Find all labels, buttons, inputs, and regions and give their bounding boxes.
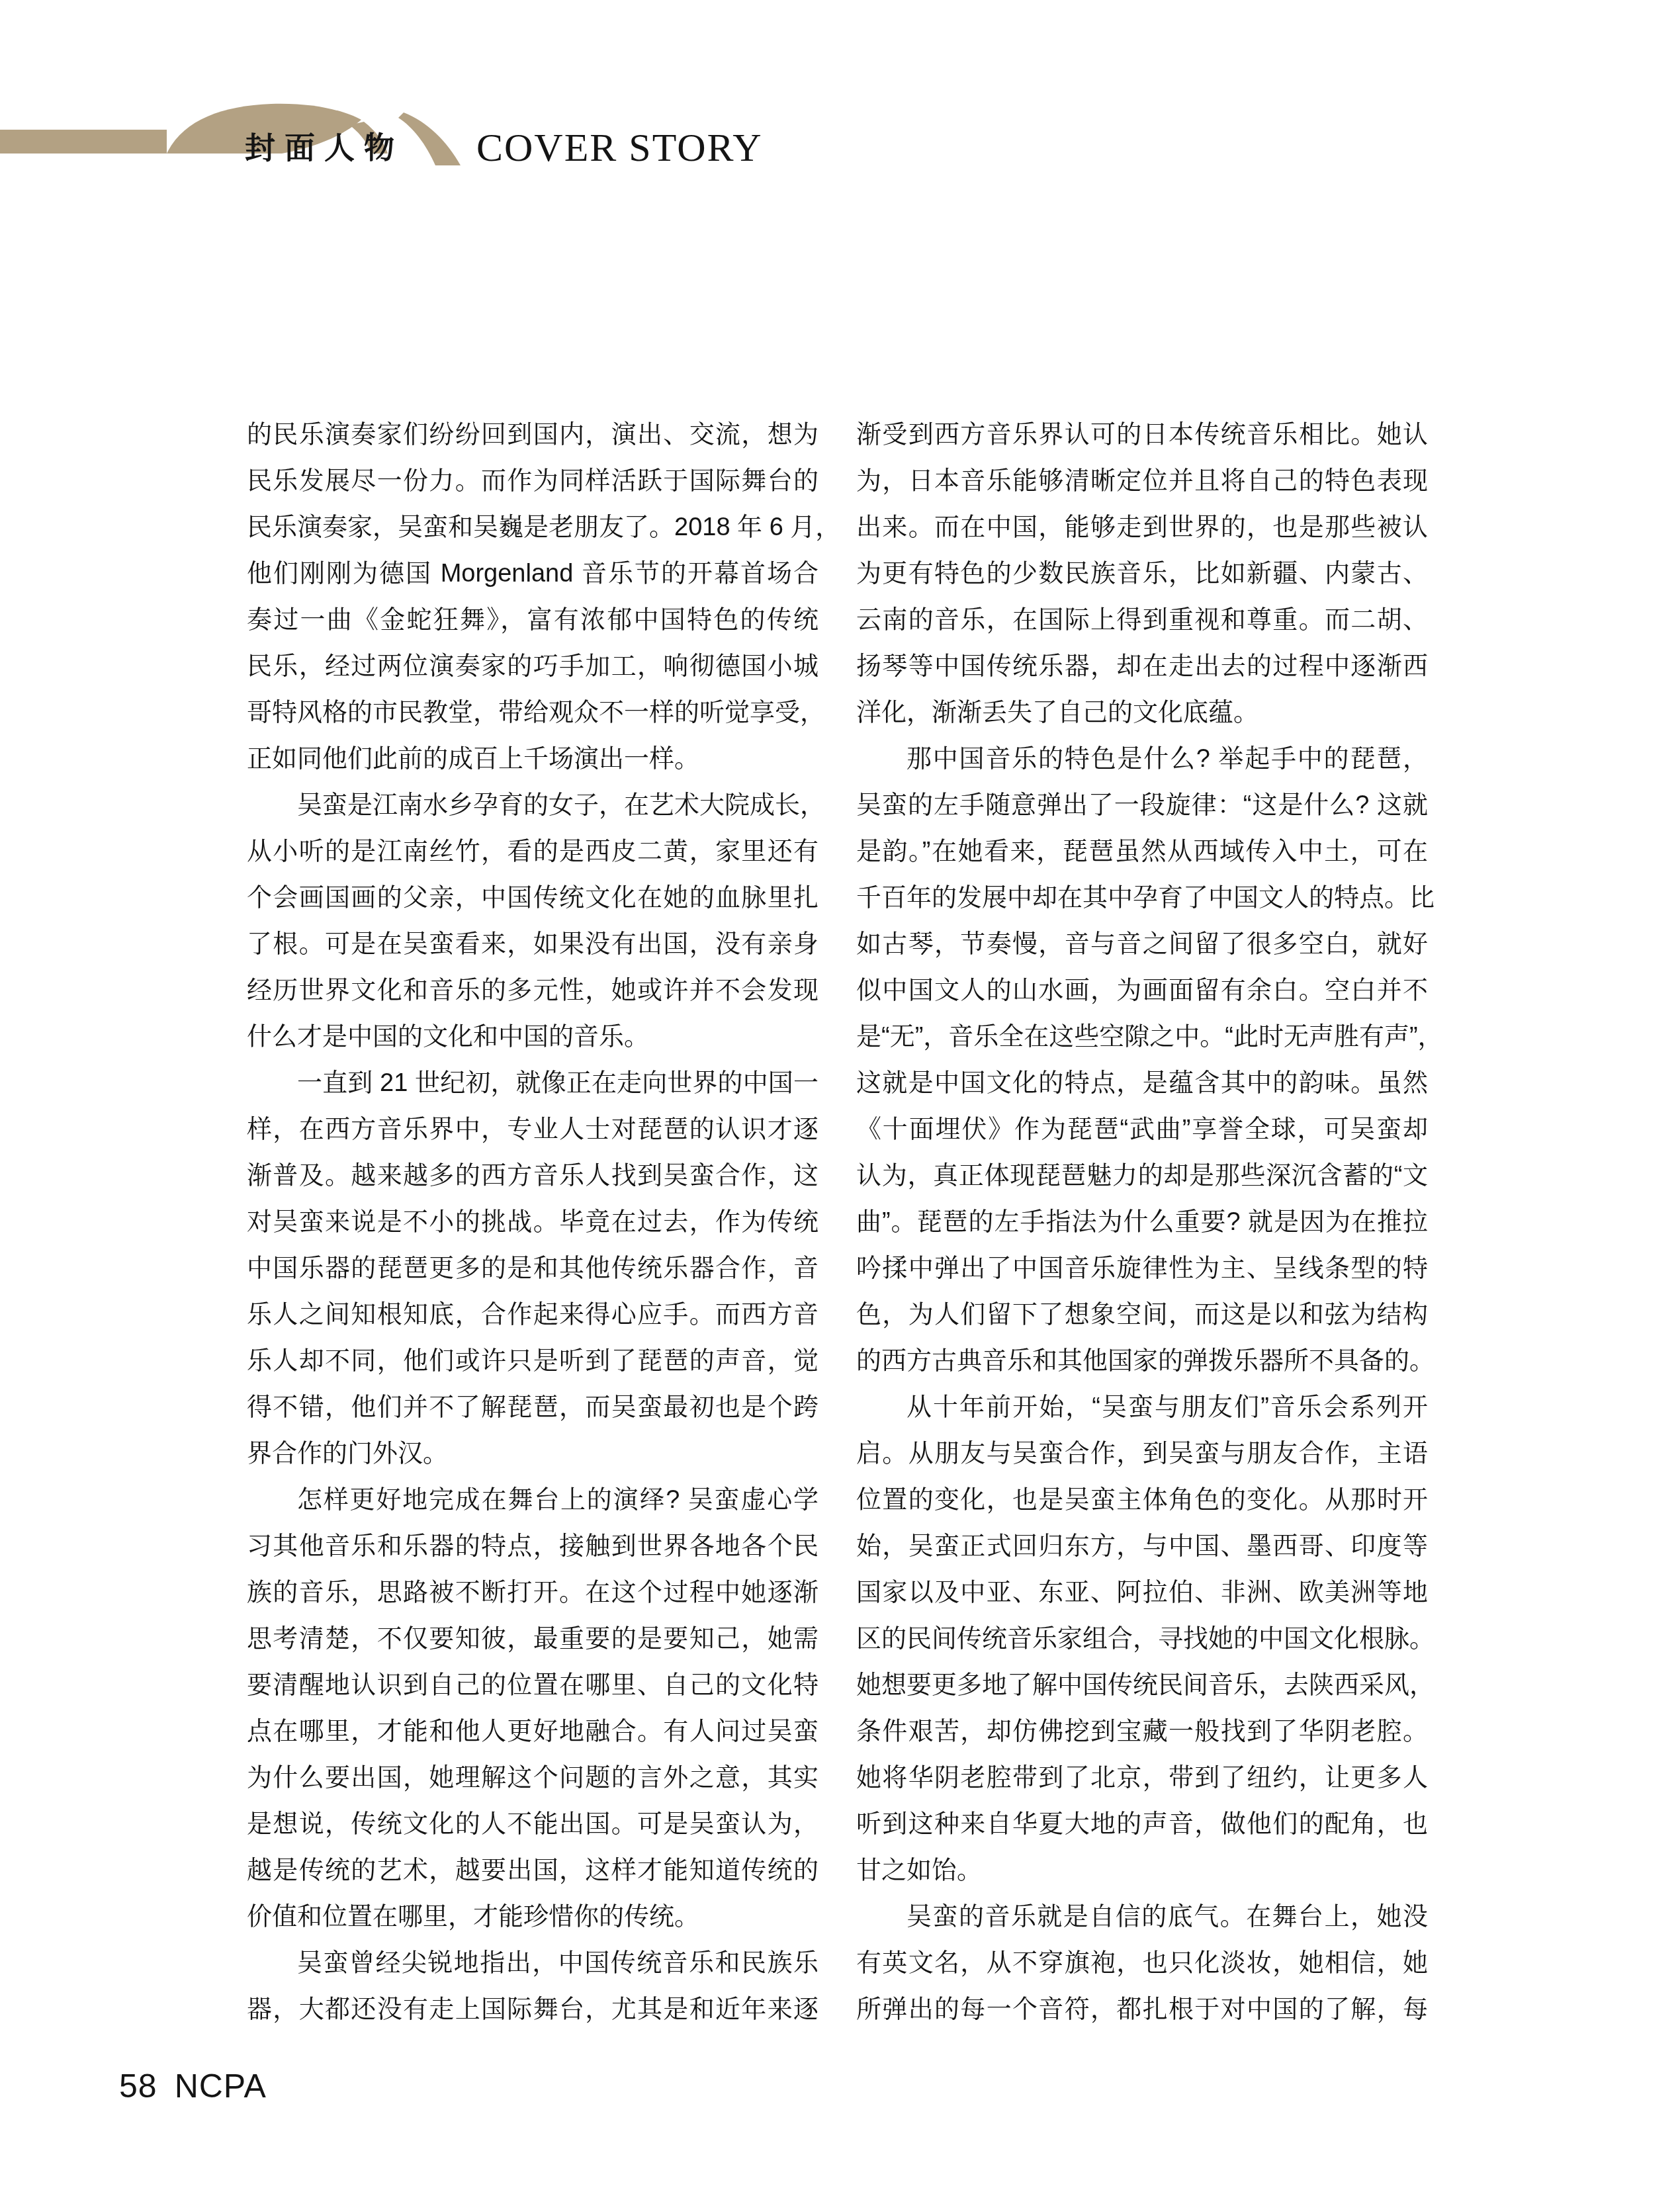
section-title-english: COVER STORY: [476, 128, 763, 167]
article-column-left: 的民乐演奏家们纷纷回到国内，演出、交流，想为民乐发展尽一份力。而作为同样活跃于国…: [247, 412, 818, 2033]
text-line: 吴蛮是江南水乡孕育的女子，在艺术大院成长，: [247, 782, 818, 828]
header-accent-band: [0, 130, 167, 153]
text-line: 得不错，他们并不了解琵琶，而吴蛮最初也是个跨: [247, 1384, 818, 1430]
page-number: 58: [119, 2067, 157, 2105]
text-line: 价值和位置在哪里，才能珍惜你的传统。: [247, 1894, 818, 1940]
text-line: 民乐发展尽一份力。而作为同样活跃于国际舞台的: [247, 458, 818, 504]
text-line: 启。从朋友与吴蛮合作，到吴蛮与朋友合作，主语: [856, 1430, 1428, 1477]
text-line: 吴蛮的左手随意弹出了一段旋律：“这是什么? 这就: [856, 782, 1428, 828]
text-line: 中国乐器的琵琶更多的是和其他传统乐器合作，音: [247, 1245, 818, 1291]
text-line: 区的民间传统音乐家组合，寻找她的中国文化根脉。: [856, 1616, 1428, 1662]
text-line: 千百年的发展中却在其中孕育了中国文人的特点。比: [856, 875, 1428, 921]
text-line: 对吴蛮来说是不小的挑战。毕竟在过去，作为传统: [247, 1199, 818, 1245]
header-crescent-swoosh: [398, 105, 464, 165]
text-line: 点在哪里，才能和他人更好地融合。有人问过吴蛮: [247, 1708, 818, 1755]
text-line: 一直到 21 世纪初，就像正在走向世界的中国一: [247, 1060, 818, 1106]
text-line: 云南的音乐，在国际上得到重视和尊重。而二胡、: [856, 597, 1428, 643]
text-line: 《十面埋伏》作为琵琶“武曲”享誉全球，可吴蛮却: [856, 1106, 1428, 1153]
text-line: 这就是中国文化的特点，是蕴含其中的韵味。虽然: [856, 1060, 1428, 1106]
text-line: 为什么要出国，她理解这个问题的言外之意，其实: [247, 1755, 818, 1801]
article-column-right: 渐受到西方音乐界认可的日本传统音乐相比。她认为，日本音乐能够清晰定位并且将自己的…: [856, 412, 1428, 2033]
text-line: 奏过一曲《金蛇狂舞》，富有浓郁中国特色的传统: [247, 597, 818, 643]
text-line: 乐人却不同，他们或许只是听到了琵琶的声音，觉: [247, 1338, 818, 1384]
text-line: 族的音乐，思路被不断打开。在这个过程中她逐渐: [247, 1569, 818, 1616]
text-line: 的民乐演奏家们纷纷回到国内，演出、交流，想为: [247, 412, 818, 458]
text-line: 如古琴，节奏慢，音与音之间留了很多空白，就好: [856, 921, 1428, 967]
text-line: 出来。而在中国，能够走到世界的，也是那些被认: [856, 504, 1428, 550]
text-line: 要清醒地认识到自己的位置在哪里、自己的文化特: [247, 1662, 818, 1708]
text-line: 越是传统的艺术，越要出国，这样才能知道传统的: [247, 1847, 818, 1894]
text-line: 她想要更多地了解中国传统民间音乐，去陕西采风，: [856, 1662, 1428, 1708]
magazine-page: 封面人物 COVER STORY 的民乐演奏家们纷纷回到国内，演出、交流，想为民…: [0, 0, 1680, 2188]
text-line: 从十年前开始，“吴蛮与朋友们”音乐会系列开: [856, 1384, 1428, 1430]
text-line: 习其他音乐和乐器的特点，接触到世界各地各个民: [247, 1523, 818, 1569]
text-line: 曲”。琵琶的左手指法为什么重要? 就是因为在推拉: [856, 1199, 1428, 1245]
page-footer: 58 NCPA: [119, 2067, 267, 2105]
text-line: 甘之如饴。: [856, 1847, 1428, 1894]
text-line: 他们刚刚为德国 Morgenland 音乐节的开幕首场合: [247, 550, 818, 597]
text-line: 经历世界文化和音乐的多元性，她或许并不会发现: [247, 967, 818, 1014]
section-title-chinese: 封面人物: [245, 130, 404, 165]
text-line: 吴蛮的音乐就是自信的底气。在舞台上，她没: [856, 1894, 1428, 1940]
text-line: 洋化，渐渐丢失了自己的文化底蕴。: [856, 689, 1428, 736]
article-body: 的民乐演奏家们纷纷回到国内，演出、交流，想为民乐发展尽一份力。而作为同样活跃于国…: [247, 412, 1428, 2033]
text-line: 从小听的是江南丝竹，看的是西皮二黄，家里还有: [247, 828, 818, 875]
text-line: 认为，真正体现琵琶魅力的却是那些深沉含蓄的“文: [856, 1153, 1428, 1199]
text-line: 样，在西方音乐界中，专业人士对琵琶的认识才逐: [247, 1106, 818, 1153]
text-line: 有英文名，从不穿旗袍，也只化淡妆，她相信，她: [856, 1940, 1428, 1986]
text-line: 国家以及中亚、东亚、阿拉伯、非洲、欧美洲等地: [856, 1569, 1428, 1616]
text-line: 条件艰苦，却仿佛挖到宝藏一般找到了华阴老腔。: [856, 1708, 1428, 1755]
text-line: 听到这种来自华夏大地的声音，做他们的配角，也: [856, 1801, 1428, 1847]
text-line: 思考清楚，不仅要知彼，最重要的是要知己，她需: [247, 1616, 818, 1662]
text-line: 扬琴等中国传统乐器，却在走出去的过程中逐渐西: [856, 643, 1428, 689]
text-line: 民乐，经过两位演奏家的巧手加工，响彻德国小城: [247, 643, 818, 689]
text-line: 器，大都还没有走上国际舞台，尤其是和近年来逐: [247, 1986, 818, 2033]
text-line: 乐人之间知根知底，合作起来得心应手。而西方音: [247, 1291, 818, 1338]
text-line: 个会画国画的父亲，中国传统文化在她的血脉里扎: [247, 875, 818, 921]
text-line: 是韵。”在她看来，琵琶虽然从西域传入中土，可在: [856, 828, 1428, 875]
text-line: 她将华阴老腔带到了北京，带到了纽约，让更多人: [856, 1755, 1428, 1801]
text-line: 界合作的门外汉。: [247, 1430, 818, 1477]
text-line: 渐受到西方音乐界认可的日本传统音乐相比。她认: [856, 412, 1428, 458]
text-line: 民乐演奏家，吴蛮和吴巍是老朋友了。2018 年 6 月，: [247, 504, 818, 550]
text-line: 什么才是中国的文化和中国的音乐。: [247, 1014, 818, 1060]
text-line: 渐普及。越来越多的西方音乐人找到吴蛮合作，这: [247, 1153, 818, 1199]
text-line: 哥特风格的市民教堂，带给观众不一样的听觉享受，: [247, 689, 818, 736]
text-line: 为，日本音乐能够清晰定位并且将自己的特色表现: [856, 458, 1428, 504]
text-line: 了根。可是在吴蛮看来，如果没有出国，没有亲身: [247, 921, 818, 967]
text-line: 是想说，传统文化的人不能出国。可是吴蛮认为，: [247, 1801, 818, 1847]
text-line: 吟揉中弹出了中国音乐旋律性为主、呈线条型的特: [856, 1245, 1428, 1291]
text-line: 为更有特色的少数民族音乐，比如新疆、内蒙古、: [856, 550, 1428, 597]
text-line: 那中国音乐的特色是什么? 举起手中的琵琶，: [856, 736, 1428, 782]
text-line: 的西方古典音乐和其他国家的弹拨乐器所不具备的。: [856, 1338, 1428, 1384]
text-line: 似中国文人的山水画，为画面留有余白。空白并不: [856, 967, 1428, 1014]
text-line: 正如同他们此前的成百上千场演出一样。: [247, 736, 818, 782]
text-line: 怎样更好地完成在舞台上的演绎? 吴蛮虚心学: [247, 1477, 818, 1523]
text-line: 是“无”，音乐全在这些空隙之中。“此时无声胜有声”，: [856, 1014, 1428, 1060]
text-line: 始，吴蛮正式回归东方，与中国、墨西哥、印度等: [856, 1523, 1428, 1569]
text-line: 位置的变化，也是吴蛮主体角色的变化。从那时开: [856, 1477, 1428, 1523]
text-line: 吴蛮曾经尖锐地指出，中国传统音乐和民族乐: [247, 1940, 818, 1986]
text-line: 色，为人们留下了想象空间，而这是以和弦为结构: [856, 1291, 1428, 1338]
magazine-abbreviation: NCPA: [175, 2067, 267, 2105]
text-line: 所弹出的每一个音符，都扎根于对中国的了解，每: [856, 1986, 1428, 2033]
